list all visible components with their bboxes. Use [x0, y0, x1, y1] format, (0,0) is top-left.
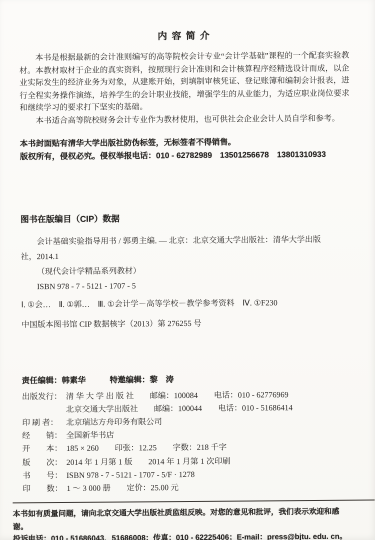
content-summary-paragraph: 本书是根据最新的会计准则编写的高等院校会计专业“会计学基础”课程的一个配套实验教…	[19, 50, 349, 116]
cip-classification: Ⅰ. ①会… Ⅱ. ①郭… Ⅲ. ①会计学－高等学校－教学参考资料 Ⅳ. ①F2…	[21, 296, 351, 310]
colophon-label: 印 数：	[23, 482, 67, 496]
cip-entry: 会计基础实验指导用书 / 郭勇主编. — 北京：北京交通大学出版社：清华大学出版…	[21, 231, 351, 294]
invited-editor-name: 黎 涛	[150, 375, 174, 384]
colophon-label: 书 号：	[22, 469, 66, 483]
colophon-label: 开 本：	[22, 442, 66, 456]
colophon-value: 北京交通大学出版社 邮编：100044 电话：010 - 51686414	[66, 403, 293, 414]
colophon-value: 全国新华书店	[66, 431, 114, 440]
colophon-value: 清 华 大 学 出 版 社 邮编：100084 电话：010 - 6277696…	[66, 390, 289, 401]
divider-rule	[13, 500, 375, 504]
colophon-section: 出版发行：清 华 大 学 出 版 社 邮编：100084 电话：010 - 62…	[22, 387, 353, 495]
colophon-label: 出版发行：	[22, 390, 66, 404]
colophon-value: 185 × 260 印张：12.25 字数：218 千字	[66, 443, 227, 453]
suitability-paragraph: 本书适合高等院校财务会计专业作为教材使用，也可供社会企业会计人员自学和参考。	[20, 113, 350, 128]
copyright-page: 内 容 简 介 本书是根据最新的会计准则编写的高等院校会计专业“会计学基础”课程…	[0, 0, 375, 540]
managing-editor-name: 韩素华	[62, 375, 86, 384]
colophon-value: ISBN 978 - 7 - 5121 - 1707 - 5/F · 1278	[66, 470, 194, 480]
cip-heading: 图书在版编目（CIP）数据	[20, 210, 350, 225]
scanned-content: 内 容 简 介 本书是根据最新的会计准则编写的高等院校会计专业“会计学基础”课程…	[19, 27, 353, 540]
footer-section: 本书如有质量问题，请向北京交通大学出版社质监组反映。对您的意见和批评，我们表示欢…	[13, 506, 353, 540]
colophon-row-print-run: 印 数：1 ～ 3 000 册 定价：25.00 元	[23, 480, 353, 496]
quality-notice: 本书如有质量问题，请向北京交通大学出版社质监组反映。对您的意见和批评，我们表示欢…	[13, 506, 353, 534]
cip-record-number: 中国版本图书馆 CIP 数据核字（2013）第 276255 号	[21, 316, 351, 330]
cip-isbn: ISBN 978 - 7 - 5121 - 1707 - 5	[21, 276, 351, 294]
contact-line: 投诉电话：010 - 51686043，51686008；传真：010 - 62…	[13, 531, 353, 540]
content-summary-section: 内 容 简 介 本书是根据最新的会计准则编写的高等院校会计专业“会计学基础”课程…	[19, 27, 350, 128]
cip-entry-line1: 会计基础实验指导用书 / 郭勇主编. — 北京：北京交通大学出版社：清华大学出版	[21, 231, 351, 249]
colophon-value: 1 ～ 3 000 册 定价：25.00 元	[67, 483, 179, 493]
notice-section: 本书封面贴有清华大学出版社防伪标签，无标签者不得销售。 版权所有，侵权必究。侵权…	[20, 134, 350, 164]
colophon-label: 经 销：	[22, 429, 66, 443]
managing-editor-label: 责任编辑：	[22, 376, 62, 385]
copyright-notice: 版权所有，侵权必究。侵权举报电话：010 - 62782989 13501256…	[20, 148, 350, 164]
colophon-label: 印 刷 者：	[22, 416, 66, 430]
invited-editor-label: 特邀编辑：	[110, 375, 150, 384]
editors-line: 责任编辑：韩素华特邀编辑：黎 涛	[22, 372, 352, 386]
colophon-value: 2014 年 1 月第 1 版 2014 年 1 月第 1 次印刷	[66, 456, 230, 466]
content-summary-title: 内 容 简 介	[19, 27, 349, 44]
colophon-value: 北京瑞达方舟印务有限公司	[66, 417, 162, 427]
cip-section: 图书在版编目（CIP）数据 会计基础实验指导用书 / 郭勇主编. — 北京：北京…	[20, 210, 351, 330]
colophon-label: 版 次：	[22, 456, 66, 470]
